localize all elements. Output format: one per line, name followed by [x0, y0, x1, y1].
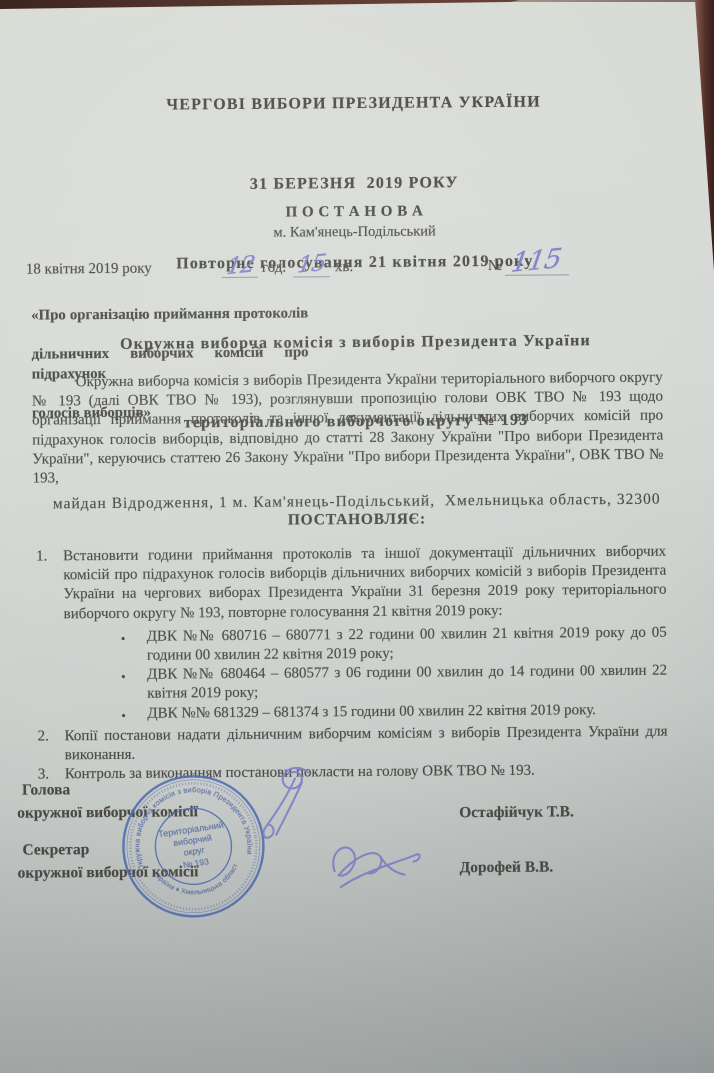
stamp-center-line4: № 193 [182, 856, 209, 870]
bullet-text: ДВК №№ 680464 – 680577 з 06 години 00 хв… [147, 662, 667, 704]
document-date: 18 квітня 2019 року [26, 259, 152, 280]
bullet-item: • ДВК №№ 680716 – 680771 з 22 години 00 … [121, 623, 667, 666]
signature-role-head-line1: Голова [22, 781, 70, 799]
bullet-marker: • [121, 666, 147, 705]
signature-name-secretary: Дорофей В.В. [460, 858, 554, 877]
item-number: 1. [36, 547, 64, 624]
minute-unit-label: хв. [335, 257, 354, 277]
item-text: Встановити години приймання протоколів т… [63, 543, 667, 625]
header-line-1: ЧЕРГОВІ ВИБОРИ ПРЕЗИДЕНТА УКРАЇНИ [1, 88, 707, 120]
header-line-2: 31 БЕРЕЗНЯ 2019 РОКУ [1, 168, 707, 200]
document-header: ЧЕРГОВІ ВИБОРИ ПРЕЗИДЕНТА УКРАЇНИ 31 БЕР… [0, 35, 710, 571]
document-content: ЧЕРГОВІ ВИБОРИ ПРЕЗИДЕНТА УКРАЇНИ 31 БЕР… [0, 0, 714, 1073]
signature-scribble-secretary [320, 832, 426, 903]
number-sign: № [488, 256, 502, 276]
stamp-center-line3: округ [183, 845, 205, 858]
bullet-text: ДВК №№ 681329 – 681374 з 15 години 00 хв… [147, 700, 667, 724]
list-item-1: 1. Встановити години приймання протоколі… [36, 543, 667, 625]
bullet-text: ДВК №№ 680716 – 680771 з 22 години 00 хв… [147, 623, 667, 665]
signature-role-secretary-line1: Секретар [22, 841, 89, 860]
handwritten-hour: 12 [225, 252, 257, 281]
document-paper: ЧЕРГОВІ ВИБОРИ ПРЕЗИДЕНТА УКРАЇНИ 31 БЕР… [0, 0, 714, 1073]
list-item-2: 2. Копії постанови надати дільничним виб… [37, 722, 667, 765]
resolution-list: 1. Встановити години приймання протоколі… [36, 543, 668, 785]
hour-unit-label: год. [262, 258, 286, 278]
preamble-paragraph: Окружна виборча комісія з виборів Презид… [32, 369, 664, 489]
bullet-item: • ДВК №№ 681329 – 681374 з 15 години 00 … [121, 700, 667, 724]
item-text: Копії постанови надати дільничним виборч… [64, 722, 667, 765]
item-number: 2. [37, 727, 64, 766]
handwritten-number: 115 [509, 243, 563, 279]
bullet-item: • ДВК №№ 680464 – 680577 з 06 години 00 … [121, 662, 667, 705]
dvk-schedule-bullets: • ДВК №№ 680716 – 680771 з 22 години 00 … [121, 623, 668, 724]
handwritten-minute: 15 [296, 250, 328, 279]
bullet-marker: • [121, 627, 147, 666]
date-number-row: 18 квітня 2019 року 12 год. 15 хв. № 115 [0, 254, 712, 290]
signature-scribble-head [250, 762, 331, 853]
signature-name-head: Остафійчук Т.В. [459, 803, 574, 822]
bullet-marker: • [121, 704, 147, 724]
subject-line-1: «Про організацію приймання протоколів [31, 304, 308, 345]
